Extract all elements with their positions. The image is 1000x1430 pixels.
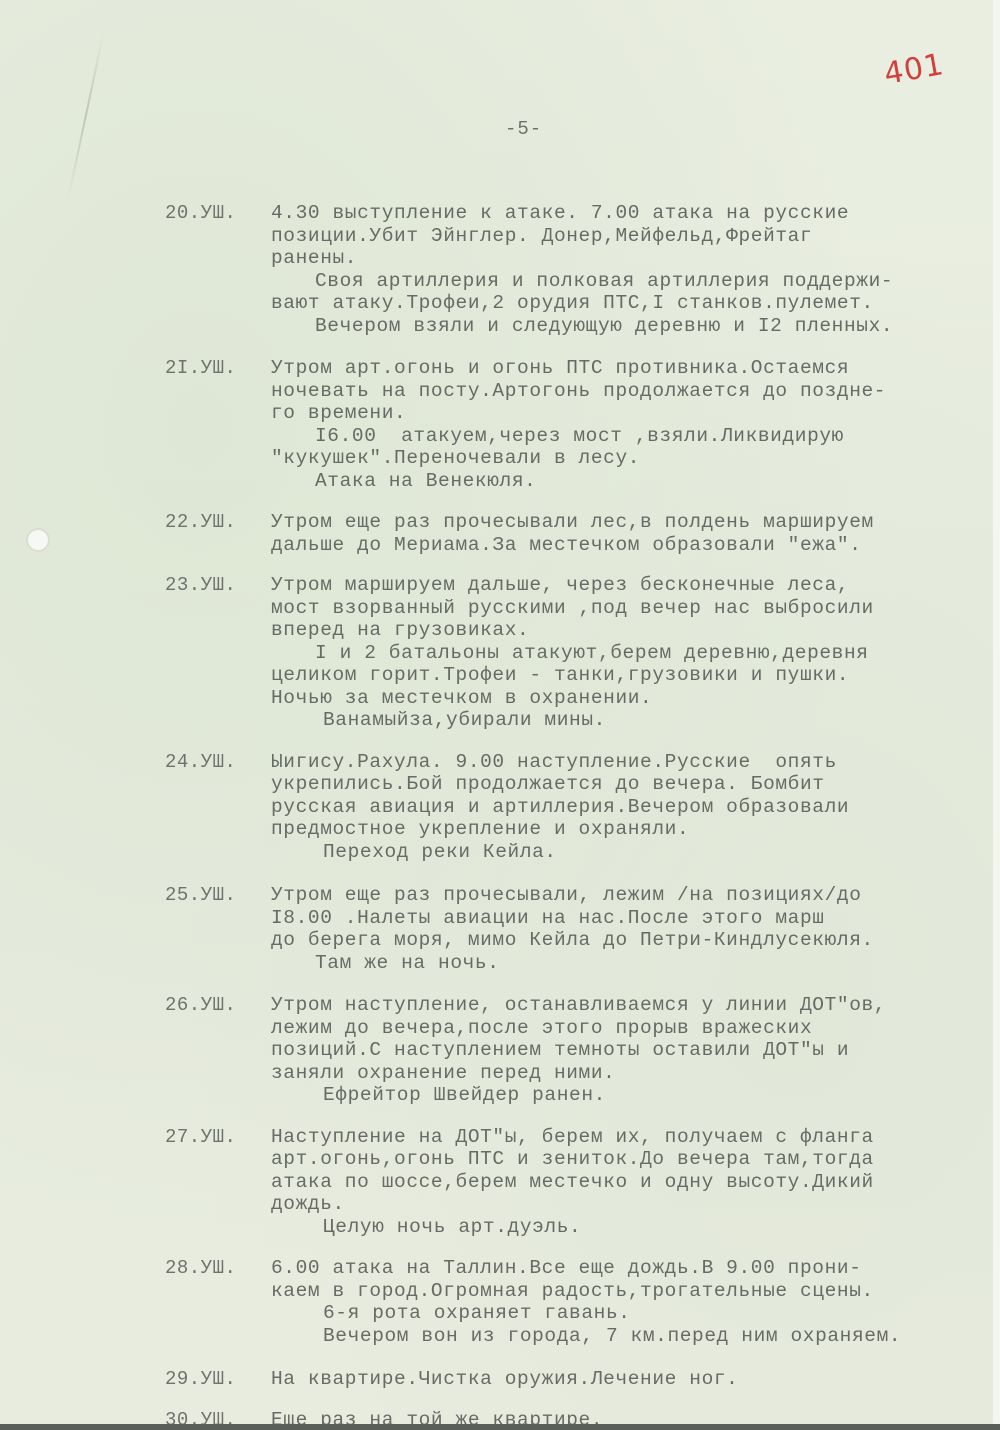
entry-line: го времени. [271, 402, 985, 425]
entry-line: позиций.С наступлением темноты оставили … [271, 1039, 985, 1062]
entry-line: вперед на грузовиках. [271, 619, 985, 642]
entry-date: 25.УШ. [165, 884, 271, 907]
entry-line: мост взорванный русскими ,под вечер нас … [271, 597, 985, 620]
entry-line: I6.00 атакуем,через мост ,взяли.Ликвидир… [271, 425, 985, 448]
entry-line: 6-я рота охраняет гавань. [271, 1302, 985, 1325]
entry-line: На квартире.Чистка оружия.Лечение ног. [271, 1368, 985, 1391]
paper-crease [67, 32, 104, 199]
entry-text: Утром арт.огонь и огонь ПТС противника.О… [271, 357, 985, 492]
entry-line: Вечером взяли и следующую деревню и I2 п… [271, 315, 985, 338]
entry-text: Утром еще раз прочесывали, лежим /на поз… [271, 884, 985, 974]
entry-date: 20.УШ. [165, 202, 271, 225]
diary-entries: 20.УШ.4.30 выступление к атаке. 7.00 ата… [165, 184, 985, 1430]
diary-entry: 24.УШ.Ыигису.Рахула. 9.00 наступление.Ру… [165, 751, 985, 864]
entry-line: 4.30 выступление к атаке. 7.00 атака на … [271, 202, 985, 225]
entry-line: до берега моря, мимо Кейла до Петри-Кинд… [271, 929, 985, 952]
entry-date: 28.УШ. [165, 1257, 271, 1280]
scan-edge-bottom [0, 1424, 1000, 1430]
entry-line: дальше до Мериама.За местечком образовал… [271, 534, 985, 557]
entry-line: каем в город.Огромная радость,трогательн… [271, 1280, 985, 1303]
entry-line: лежим до вечера,после этого прорыв враже… [271, 1017, 985, 1040]
punch-hole [26, 528, 50, 552]
entry-line: Там же на ночь. [271, 952, 985, 975]
entry-line: Утром наступление, останавливаемся у лин… [271, 994, 985, 1017]
page-number: -5- [505, 118, 542, 140]
entry-line: Целую ночь арт.дуэль. [271, 1216, 985, 1239]
entry-line: арт.огонь,огонь ПТС и зениток.До вечера … [271, 1148, 985, 1171]
entry-line: Вечером вон из города, 7 км.перед ним ох… [271, 1325, 985, 1348]
entry-line: Утром еще раз прочесывали, лежим /на поз… [271, 884, 985, 907]
entry-line: Ночью за местечком в охранении. [271, 687, 985, 710]
entry-line: Утром арт.огонь и огонь ПТС противника.О… [271, 357, 985, 380]
archive-folio-number: 401 [881, 47, 946, 92]
entry-line: ночевать на посту.Артогонь продолжается … [271, 380, 985, 403]
diary-entry: 23.УШ.Утром маршируем дальше, через беск… [165, 574, 985, 732]
diary-entry: 22.УШ.Утром еще раз прочесывали лес,в по… [165, 511, 985, 556]
entry-date: 24.УШ. [165, 751, 271, 774]
entry-line: целиком горит.Трофеи - танки,грузовики и… [271, 664, 985, 687]
entry-line: заняли охранение перед ними. [271, 1062, 985, 1085]
entry-date: 2I.УШ. [165, 357, 271, 380]
document-page: -5- 401 20.УШ.4.30 выступление к атаке. … [0, 0, 994, 1424]
entry-line: русская авиация и артиллерия.Вечером обр… [271, 796, 985, 819]
entry-line: вают атаку.Трофеи,2 орудия ПТС,I станков… [271, 292, 985, 315]
entry-line: I и 2 батальоны атакуют,берем деревню,де… [271, 642, 985, 665]
entry-line: укрепились.Бой продолжается до вечера. Б… [271, 773, 985, 796]
diary-entry: 20.УШ.4.30 выступление к атаке. 7.00 ата… [165, 202, 985, 337]
entry-line: Ванамыйза,убирали мины. [271, 709, 985, 732]
entry-line: Своя артиллерия и полковая артиллерия по… [271, 270, 985, 293]
entry-line: Атака на Венекюля. [271, 470, 985, 493]
entry-line: I8.00 .Налеты авиации на нас.После этого… [271, 907, 985, 930]
entry-text: 4.30 выступление к атаке. 7.00 атака на … [271, 202, 985, 337]
diary-entry: 29.УШ.На квартире.Чистка оружия.Лечение … [165, 1368, 985, 1391]
entry-text: Ыигису.Рахула. 9.00 наступление.Русские … [271, 751, 985, 864]
entry-date: 23.УШ. [165, 574, 271, 597]
entry-line: Наступление на ДОТ"ы, берем их, получаем… [271, 1126, 985, 1149]
entry-text: На квартире.Чистка оружия.Лечение ног. [271, 1368, 985, 1391]
entry-text: Утром маршируем дальше, через бесконечны… [271, 574, 985, 732]
entry-date: 27.УШ. [165, 1126, 271, 1149]
entry-text: Утром наступление, останавливаемся у лин… [271, 994, 985, 1107]
entry-line: 6.00 атака на Таллин.Все еще дождь.В 9.0… [271, 1257, 985, 1280]
entry-line: Утром еще раз прочесывали лес,в полдень … [271, 511, 985, 534]
entry-line: атака по шоссе,берем местечко и одну выс… [271, 1171, 985, 1194]
entry-line: Утром маршируем дальше, через бесконечны… [271, 574, 985, 597]
entry-text: Утром еще раз прочесывали лес,в полдень … [271, 511, 985, 556]
entry-date: 22.УШ. [165, 511, 271, 534]
entry-text: Наступление на ДОТ"ы, берем их, получаем… [271, 1126, 985, 1239]
entry-line: Ефрейтор Швейдер ранен. [271, 1084, 985, 1107]
entry-line: Ыигису.Рахула. 9.00 наступление.Русские … [271, 751, 985, 774]
diary-entry: 28.УШ.6.00 атака на Таллин.Все еще дождь… [165, 1257, 985, 1347]
diary-entry: 2I.УШ.Утром арт.огонь и огонь ПТС против… [165, 357, 985, 492]
entry-line: "кукушек".Переночевали в лесу. [271, 447, 985, 470]
entry-text: 6.00 атака на Таллин.Все еще дождь.В 9.0… [271, 1257, 985, 1347]
entry-line: позиции.Убит Эйнглер. Донер,Мейфельд,Фре… [271, 225, 985, 248]
entry-line: предмостное укрепление и охраняли. [271, 818, 985, 841]
entry-date: 29.УШ. [165, 1368, 271, 1391]
diary-entry: 25.УШ.Утром еще раз прочесывали, лежим /… [165, 884, 985, 974]
diary-entry: 26.УШ.Утром наступление, останавливаемся… [165, 994, 985, 1107]
entry-date: 26.УШ. [165, 994, 271, 1017]
scan-edge-right [993, 0, 1000, 1424]
entry-line: ранены. [271, 247, 985, 270]
entry-line: дождь. [271, 1193, 985, 1216]
entry-line: Переход реки Кейла. [271, 841, 985, 864]
diary-entry: 27.УШ.Наступление на ДОТ"ы, берем их, по… [165, 1126, 985, 1239]
